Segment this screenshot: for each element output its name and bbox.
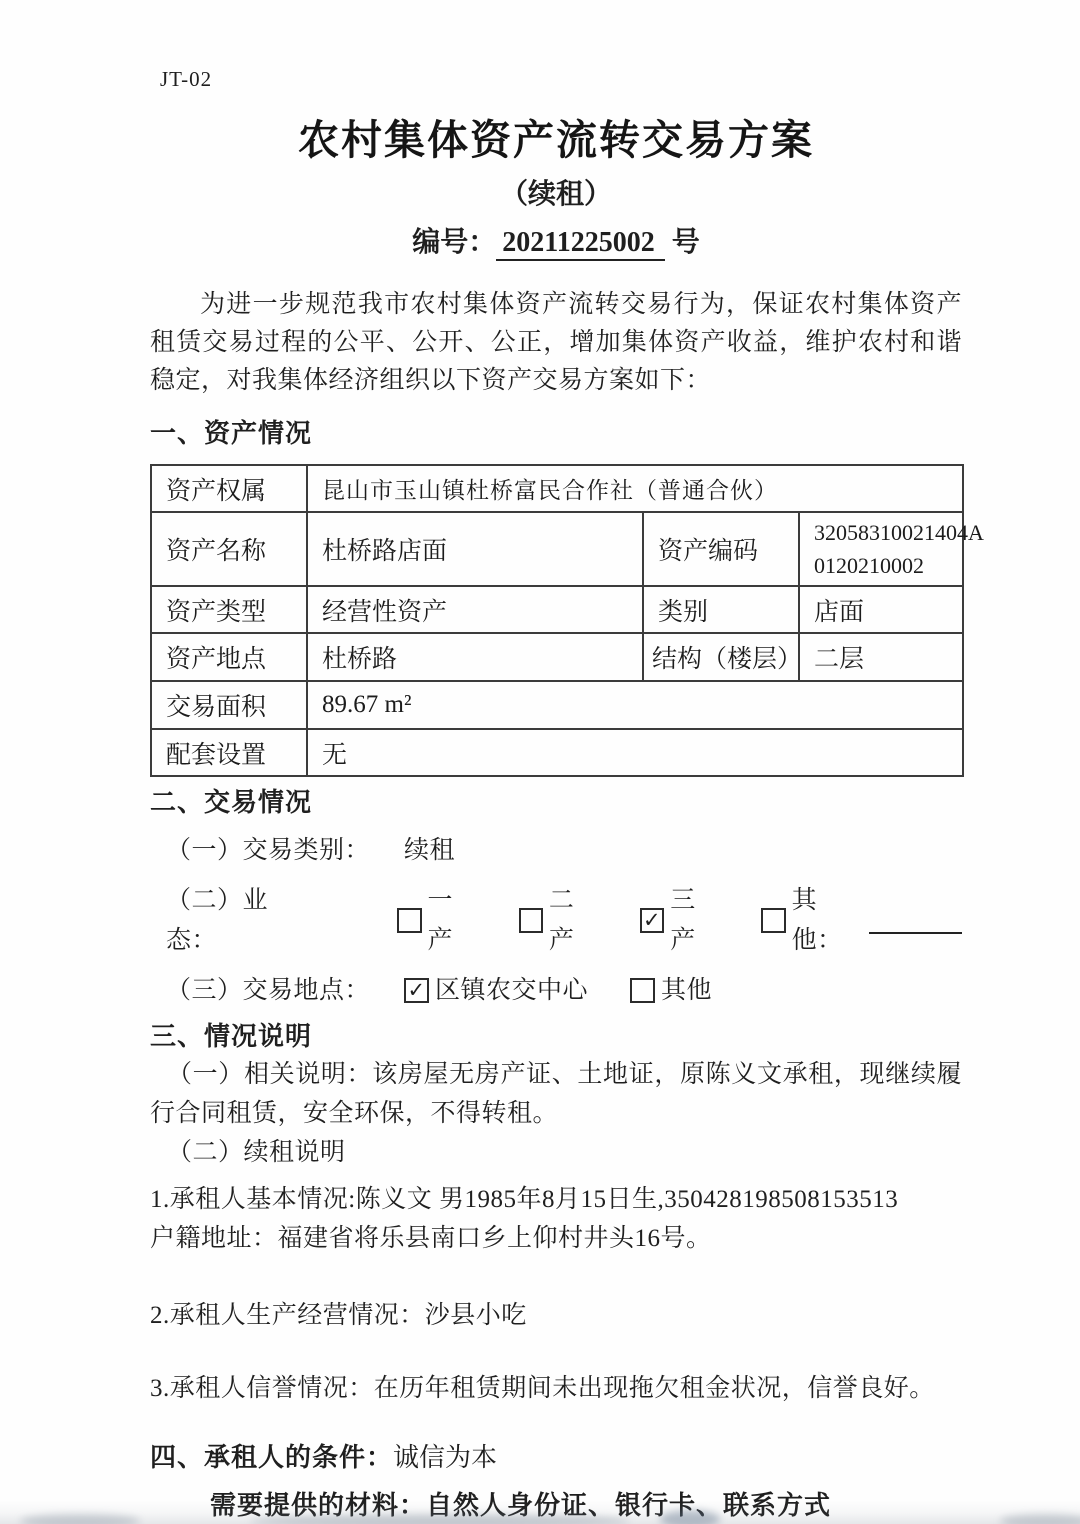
asset-ownership-label: 资产权属 [151,465,307,512]
checkbox-checked-icon: ✓ [404,978,429,1003]
option-label: 三产 [670,881,719,961]
venue-line: （三）交易地点： ✓区镇农交中心 其他 [166,971,962,1011]
option-other-industry: 其他： [761,881,962,961]
table-row: 资产地点 杜桥路 结构（楼层） 二层 [151,633,963,681]
serial-label: 编号： [412,227,496,258]
serial-number: 20211225002 [496,227,664,261]
category-label: 类别 [643,586,799,633]
checkbox-unchecked-icon [761,908,785,933]
scan-smudge [660,1510,720,1524]
checkbox-unchecked-icon [630,978,655,1003]
tenant-business-line: 2.承租人生产经营情况：沙县小吃 [150,1296,962,1335]
facilities-label: 配套设置 [151,729,307,776]
option-label: 其他： [792,881,866,961]
table-row: 资产名称 杜桥路店面 资产编码 32058310021404A 01202100… [151,512,963,586]
asset-table: 资产权属 昆山市玉山镇杜桥富民合作社（普通合伙） 资产名称 杜桥路店面 资产编码… [150,464,964,777]
asset-name-value: 杜桥路店面 [307,512,643,586]
industry-line: （二）业 态： 一产 二产 ✓三产 其他： [166,881,962,961]
asset-location-value: 杜桥路 [307,633,643,681]
document-page: JT-02 农村集体资产流转交易方案 （续租） 编号：20211225002 号… [0,0,1080,1524]
option-town-center: ✓区镇农交中心 [404,971,588,1011]
related-notes-paragraph: （一）相关说明：该房屋无房产证、土地证，原陈义文承租，现继续履行合同租赁，安全环… [150,1055,962,1133]
intro-paragraph: 为进一步规范我市农村集体资产流转交易行为，保证农村集体资产租赁交易过程的公平、公… [150,286,962,400]
asset-code-line1: 32058310021404A [814,516,962,549]
checkbox-checked-icon: ✓ [640,908,664,933]
option-label: 一产 [428,881,477,961]
transaction-type-label: （一）交易类别： [166,831,370,871]
option-secondary-industry: 二产 [519,881,598,961]
tenant-basic-info-line2: 户籍地址：福建省将乐县南口乡上仰村井头16号。 [150,1219,962,1258]
asset-code-line2: 0120210002 [814,549,962,582]
checkbox-unchecked-icon [397,908,421,933]
asset-code-label: 资产编码 [643,512,799,586]
option-other-venue: 其他 [630,971,712,1011]
table-row: 资产类型 经营性资产 类别 店面 [151,586,963,633]
venue-label: （三）交易地点： [166,971,370,1011]
tenant-credit-line: 3.承租人信誉情况：在历年租赁期间未出现拖欠租金状况，信誉良好。 [150,1369,962,1408]
area-value: 89.67 m² [307,681,963,729]
asset-ownership-value: 昆山市玉山镇杜桥富民合作社（普通合伙） [307,465,963,512]
page-title: 农村集体资产流转交易方案 [150,116,962,164]
renewal-notes-heading: （二）续租说明 [150,1133,962,1172]
form-code: JT-02 [160,66,962,92]
tenant-conditions-value: 诚信为本 [393,1443,497,1472]
structure-value: 二层 [799,633,963,681]
asset-name-label: 资产名称 [151,512,307,586]
table-row: 资产权属 昆山市玉山镇杜桥富民合作社（普通合伙） [151,465,963,512]
section-heading-assets: 一、资产情况 [150,416,962,452]
option-label: 二产 [549,881,598,961]
structure-label: 结构（楼层） [643,633,799,681]
option-label: 其他 [661,971,712,1011]
section-heading-transaction: 二、交易情况 [150,785,962,821]
category-value: 店面 [799,586,963,633]
scan-bottom-shadow [0,1500,1080,1524]
table-row: 配套设置 无 [151,729,963,776]
transaction-type-line: （一）交易类别： 续租 [166,831,962,871]
option-label: 区镇农交中心 [435,971,588,1011]
page-subtitle: （续租） [150,178,962,212]
tenant-basic-info-line1: 1.承租人基本情况:陈义文 男1985年8月15日生,3504281985081… [150,1180,962,1219]
industry-label: （二）业 态： [166,881,363,961]
scan-smudge [250,1514,630,1524]
facilities-value: 无 [307,729,963,776]
section-heading-situation: 三、情况说明 [150,1019,962,1055]
serial-suffix: 号 [672,227,700,258]
table-row: 交易面积 89.67 m² [151,681,963,729]
option-primary-industry: 一产 [397,881,476,961]
serial-line: 编号：20211225002 号 [150,224,962,262]
asset-type-value: 经营性资产 [307,586,643,633]
area-label: 交易面积 [151,681,307,729]
transaction-type-value: 续租 [404,831,455,871]
scan-smudge [1000,1514,1080,1524]
scan-smudge [20,1514,140,1524]
asset-location-label: 资产地点 [151,633,307,681]
tenant-conditions-line: 四、承租人的条件：诚信为本 [150,1438,962,1478]
tenant-conditions-heading: 四、承租人的条件： [150,1443,393,1472]
blank-underline [869,908,962,934]
asset-type-label: 资产类型 [151,586,307,633]
asset-code-value: 32058310021404A 0120210002 [799,512,963,586]
checkbox-unchecked-icon [519,908,543,933]
option-tertiary-industry: ✓三产 [640,881,719,961]
